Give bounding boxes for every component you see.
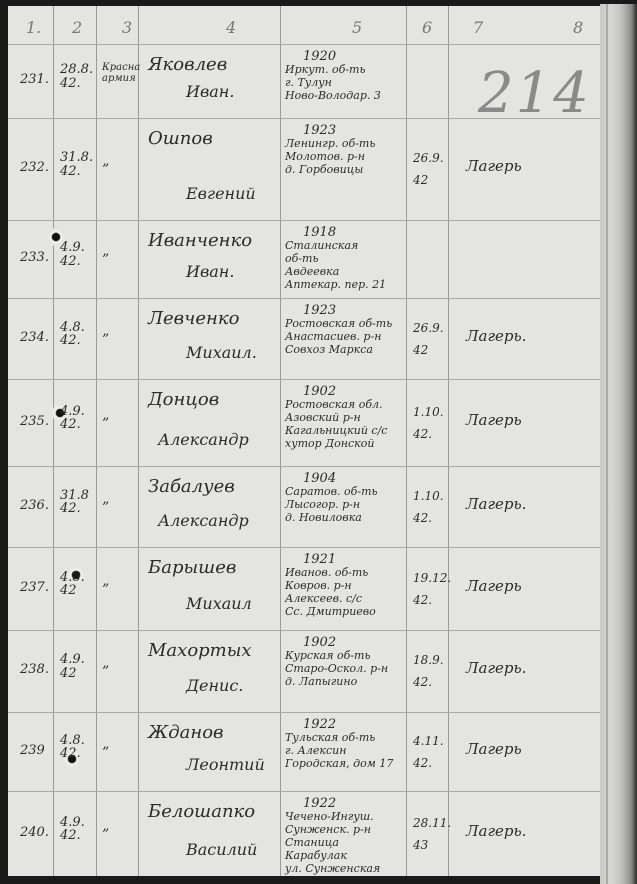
column-header-4: 4 [226, 18, 236, 37]
entry-number: 234. [20, 331, 49, 345]
birth-year-and-place: 1904Саратов. об-тьЛысогор. р-нд. Новилов… [285, 472, 407, 524]
birth-year-and-place: 1902Курская об-тьСтаро-Оскол. р-нд. Лапы… [285, 636, 407, 688]
birth-year-and-place: 1902Ростовская обл.Азовский р-нКагальниц… [285, 385, 407, 450]
surname: Махортых [148, 642, 252, 661]
departure-date: 26.9.42 [413, 317, 444, 361]
destination-status: Лагерь [466, 579, 522, 595]
destination-status: Лагерь [466, 413, 522, 429]
destination-status: Лагерь [466, 159, 522, 175]
destination-status: Лагерь. [466, 329, 526, 345]
destination-status: Лагерь. [466, 661, 526, 677]
birth-year-and-place: 1922Тульская об-тьг. АлексинГородская, д… [285, 718, 407, 770]
birth-year-and-place: 1923Ленингр. об-тьМолотов. р-нд. Горбови… [285, 124, 407, 176]
column-rule [280, 6, 281, 876]
unit: ” [102, 665, 109, 680]
unit: Краснаармия [102, 63, 140, 84]
row-rule [8, 298, 608, 299]
surname: Яковлев [148, 56, 227, 75]
page-binding-edge [600, 4, 637, 884]
unit: ” [102, 417, 109, 432]
column-rule [448, 6, 449, 876]
departure-date: 26.9.42 [413, 147, 444, 191]
unit: ” [102, 253, 109, 268]
row-rule [8, 220, 608, 221]
departure-date: 4.11.42. [413, 730, 444, 774]
column-rule [138, 6, 139, 876]
given-name: Михаил. [186, 345, 257, 362]
row-rule [8, 379, 608, 380]
birth-year-and-place: 1922Чечено-Ингуш.Сунженск. р-нСтаницаКар… [285, 797, 407, 875]
unit: ” [102, 583, 109, 598]
column-header-1: 1. [26, 18, 41, 37]
entry-number: 233. [20, 251, 49, 265]
entry-number: 240. [20, 826, 49, 840]
surname: Ошпов [148, 130, 213, 149]
surname: Забалуев [148, 478, 235, 497]
row-rule [8, 466, 608, 467]
given-name: Иван. [186, 264, 234, 281]
surname: Донцов [148, 391, 219, 410]
given-name: Александр [158, 513, 249, 530]
destination-status: Лагерь [466, 742, 522, 758]
arrival-date: 4.9.42. [60, 241, 85, 268]
column-header-3: 3 [122, 18, 132, 37]
unit: ” [102, 163, 109, 178]
birth-year-and-place: 1923Ростовская об-тьАнастасиев. р-нСовхо… [285, 304, 407, 356]
folio-number: 214 [478, 61, 591, 126]
surname: Иванченко [148, 232, 252, 251]
column-header-7: 7 [473, 18, 483, 37]
surname: Белошапко [148, 803, 255, 822]
arrival-date: 4.9.42. [60, 405, 85, 432]
destination-status: Лагерь. [466, 824, 526, 840]
row-rule [8, 712, 608, 713]
given-name: Евгений [186, 186, 256, 203]
column-rule [53, 6, 54, 876]
surname: Жданов [148, 724, 224, 743]
surname: Барышев [148, 559, 236, 578]
entry-number: 239 [20, 744, 45, 758]
arrival-date: 31.8.42. [60, 151, 93, 178]
row-rule [8, 630, 608, 631]
entry-number: 237. [20, 581, 49, 595]
column-header-2: 2 [72, 18, 82, 37]
entry-number: 231. [20, 73, 49, 87]
unit: ” [102, 746, 109, 761]
column-header-5: 5 [352, 18, 362, 37]
given-name: Иван. [186, 84, 234, 101]
arrival-date: 4.9.42. [60, 816, 85, 843]
arrival-date: 4.9.42 [60, 653, 85, 680]
register-page: 1. 2 3 4 5 6 7 8 214 231. 28.8.42. Красн… [8, 6, 608, 876]
departure-date: 1.10.42. [413, 485, 444, 529]
column-rule [96, 6, 97, 876]
column-header-6: 6 [422, 18, 432, 37]
arrival-date: 28.8.42. [60, 63, 93, 90]
header-rule [8, 44, 608, 45]
row-rule [8, 791, 608, 792]
surname: Левченко [148, 310, 239, 329]
given-name: Денис. [186, 678, 243, 695]
birth-year-and-place: 1921Иванов. об-тьКовров. р-нАлексеев. с/… [285, 553, 407, 618]
given-name: Александр [158, 432, 249, 449]
entry-number: 238. [20, 663, 49, 677]
birth-year-and-place: 1918Сталинскаяоб-тьАвдеевкаАптекар. пер.… [285, 226, 407, 291]
row-rule [8, 547, 608, 548]
unit: ” [102, 828, 109, 843]
unit: ” [102, 501, 109, 516]
departure-date: 28.11.43 [413, 812, 451, 856]
given-name: Михаил [186, 596, 252, 613]
arrival-date: 4.8.42. [60, 734, 85, 761]
given-name: Василий [186, 842, 257, 859]
arrival-date: 31.842. [60, 489, 89, 516]
departure-date: 19.12.42. [413, 567, 451, 611]
given-name: Леонтий [186, 757, 265, 774]
column-header-8: 8 [573, 18, 583, 37]
entry-number: 236. [20, 499, 49, 513]
arrival-date: 4.8.42. [60, 321, 85, 348]
destination-status: Лагерь. [466, 497, 526, 513]
arrival-date: 4.8.42 [60, 571, 85, 598]
birth-year-and-place: 1920Иркут. об-тьг. ТулунНово-Володар. 3 [285, 50, 407, 102]
departure-date: 1.10.42. [413, 401, 444, 445]
entry-number: 235. [20, 415, 49, 429]
departure-date: 18.9.42. [413, 649, 444, 693]
entry-number: 232. [20, 161, 49, 175]
unit: ” [102, 333, 109, 348]
